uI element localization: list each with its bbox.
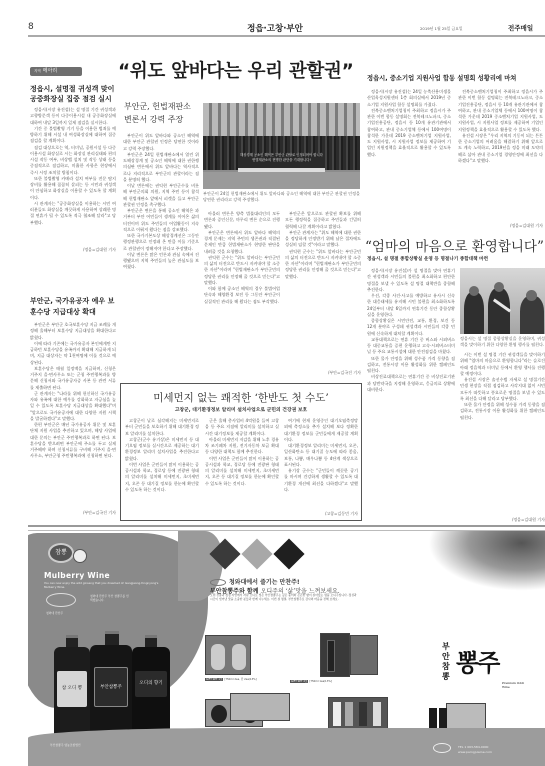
gift-set-4 — [446, 703, 486, 731]
article-subhead: 부안군, 헌법재판소 변론서 강력 주장 — [124, 100, 204, 126]
boxed-headline[interactable]: 미세먼지 없는 쾌적한 ‘한반도 첫 수도’ — [120, 390, 362, 405]
calligraphy-en: Premium Oddi Wine — [502, 681, 532, 689]
news-photo[interactable]: 해상경계 공소인 해역은 부안군 관할로 인정되어야 합니다 헌법재판소의 현명… — [203, 103, 360, 189]
byline: /정읍=김대원 기자 — [458, 223, 543, 229]
column-tag: 지역메아리 — [30, 67, 82, 76]
header-rule — [28, 35, 545, 37]
company-logo-icon — [433, 743, 451, 753]
gift-set-3-box — [230, 693, 290, 721]
field-image — [241, 538, 272, 569]
section-divider — [28, 525, 545, 527]
page-number: 8 — [28, 22, 34, 32]
mascot-icon — [73, 549, 87, 563]
footer-company: 부안참뽕주 영농조합법인 — [50, 743, 81, 747]
boxed-body-col3: 여기에 현재 운영중인 대기오염측정망 외에 측정소를 추가 설치해 보다 정확… — [284, 418, 358, 510]
advertisement[interactable]: 참뽕 Mulberry Wine You can now enjoy the w… — [28, 530, 545, 766]
article-body-col1: 정읍시(시장 유진섭)는 24일 농축산용미생물산업육성지원센터 1층 회의실에… — [367, 89, 451, 221]
article-headline[interactable]: 정읍시, 중소기업 지원사업 합동 설명회 성황리에 마쳐 — [367, 73, 545, 82]
brand-logo: 참뽕 — [48, 543, 74, 563]
byline: /정읍=김대원 기자 — [30, 247, 116, 253]
article-body-col1: 정읍시(시장 유진섭)가 설 명절을 맞아 연휴기간 귀성객과 시민들의 불편을… — [367, 268, 455, 524]
contact-phone[interactable]: TEL 1 063-584-0000 — [458, 745, 488, 749]
section-title: 정읍·고창·부안 — [230, 22, 320, 34]
article-headline[interactable]: 부안군, 국가유공자 예우 보훈수당 지급대상 확대 — [30, 296, 116, 318]
article-body-col1: 부안군이 위도 앞바다와 공소인 해역에 대한 부안군 관할권 인정은 당연한 … — [123, 133, 199, 376]
boxed-body-col2: 군은 올해 총사업비 4억원을 들여 고창읍 등 주요 지점에 알리미를 설치하… — [205, 418, 279, 517]
brand-title: Mulberry Wine — [44, 571, 110, 580]
article-body: 정읍시(시장 유진섭)는 설 명절 기간 귀성객과 고향방문객 등이 다중이용시… — [30, 107, 116, 246]
main-headline[interactable]: “위도 앞바다는 우리 관할권” — [118, 61, 364, 83]
gift-set-5 — [328, 697, 388, 729]
article-body-col2: 시는 이번 설 명절 기간 귀성객들을 맞이하기 위해 "엄마의 마음으로 환영… — [460, 352, 545, 517]
badge-image — [273, 538, 304, 569]
byline: /고창=김동민 기자 — [284, 511, 358, 517]
contact-website[interactable]: www.parngjuwine.com — [458, 750, 492, 754]
article-body-col3: 부안군은 앞으로도 관할권 확보를 위해 모든 행정력을 집중하고 주민들과 긴… — [285, 211, 361, 369]
byline: /부안=김국진 기자 — [285, 370, 361, 376]
gift-set-2-box — [350, 635, 378, 675]
boxed-body-col1: 고창군이 날로 심각해지는 미세먼지로부터 군민들을 보호하기 위해 대기환경 … — [125, 418, 199, 517]
article-body: 부안군은 부안군 호국보훈수당 지급 조례를 개정해 올해부터 보훈수당 지급대… — [30, 322, 116, 509]
photo-caption: 부안군이 24일 헌법재판소에서 위도 앞바다와 공소인 해역에 대한 부안군 … — [203, 191, 360, 205]
publication-date: 2019년 1월 25일 금요일 — [420, 26, 463, 32]
article-body-col2: 아울러 변론은 양측 법률대리인의 모두 변론과 증인신문, 마무리 변론 순으… — [204, 211, 280, 376]
boxed-subhead: 고창군, 대기환경정보 알리미 설치사업으로 군민의 건강권 보호 — [120, 406, 362, 413]
calligraphy-small: 부 안 참 뽕 — [442, 641, 452, 681]
article-headline[interactable]: 정읍시, 설명절 귀성객 맞이 공중화장실 집중 점검 실시 — [30, 84, 116, 104]
calligraphy-logo: 뽕주 — [456, 643, 498, 678]
byline: /부안=김국진 기자 — [30, 510, 116, 516]
article-body-col2: 전북중소벤처기업청이 주최하고 정읍시가 주관한 이번 합동 설명회는 전북테크… — [458, 89, 543, 221]
gift-set-1 — [205, 635, 251, 675]
brand-note: 청와대 만찬주 부안 참뽕주를 선택했습니다. — [90, 595, 130, 603]
photo-caption: 정읍시는 설 명절 종합상황실을 운영하며, 귀성객을 맞이하기 위한 다양한 … — [460, 336, 545, 349]
news-photo[interactable] — [460, 268, 545, 334]
brand-subtitle: You can now enjoy the wild ginseng that … — [44, 582, 164, 589]
article-subhead: 정읍시, 설 명절 종합상황실 운영 등 명절나기 종합대책 마련 — [367, 256, 545, 262]
gift-set-2 — [320, 633, 350, 677]
publication-name: 전주매일 — [508, 23, 533, 32]
ad-headline: 청와대에서 즐기는 만찬주! — [210, 577, 300, 586]
article-headline[interactable]: “엄마의 마음으로 환영합니다” — [365, 235, 545, 255]
ad-paragraph: 오랜 전통과 청정 자연에서 자란 오디로 빚은 부안참뽕주는 깊은 풍미와 은… — [210, 594, 360, 601]
byline: /정읍=김대원 기자 — [460, 517, 545, 523]
emblem-icon — [46, 593, 76, 607]
